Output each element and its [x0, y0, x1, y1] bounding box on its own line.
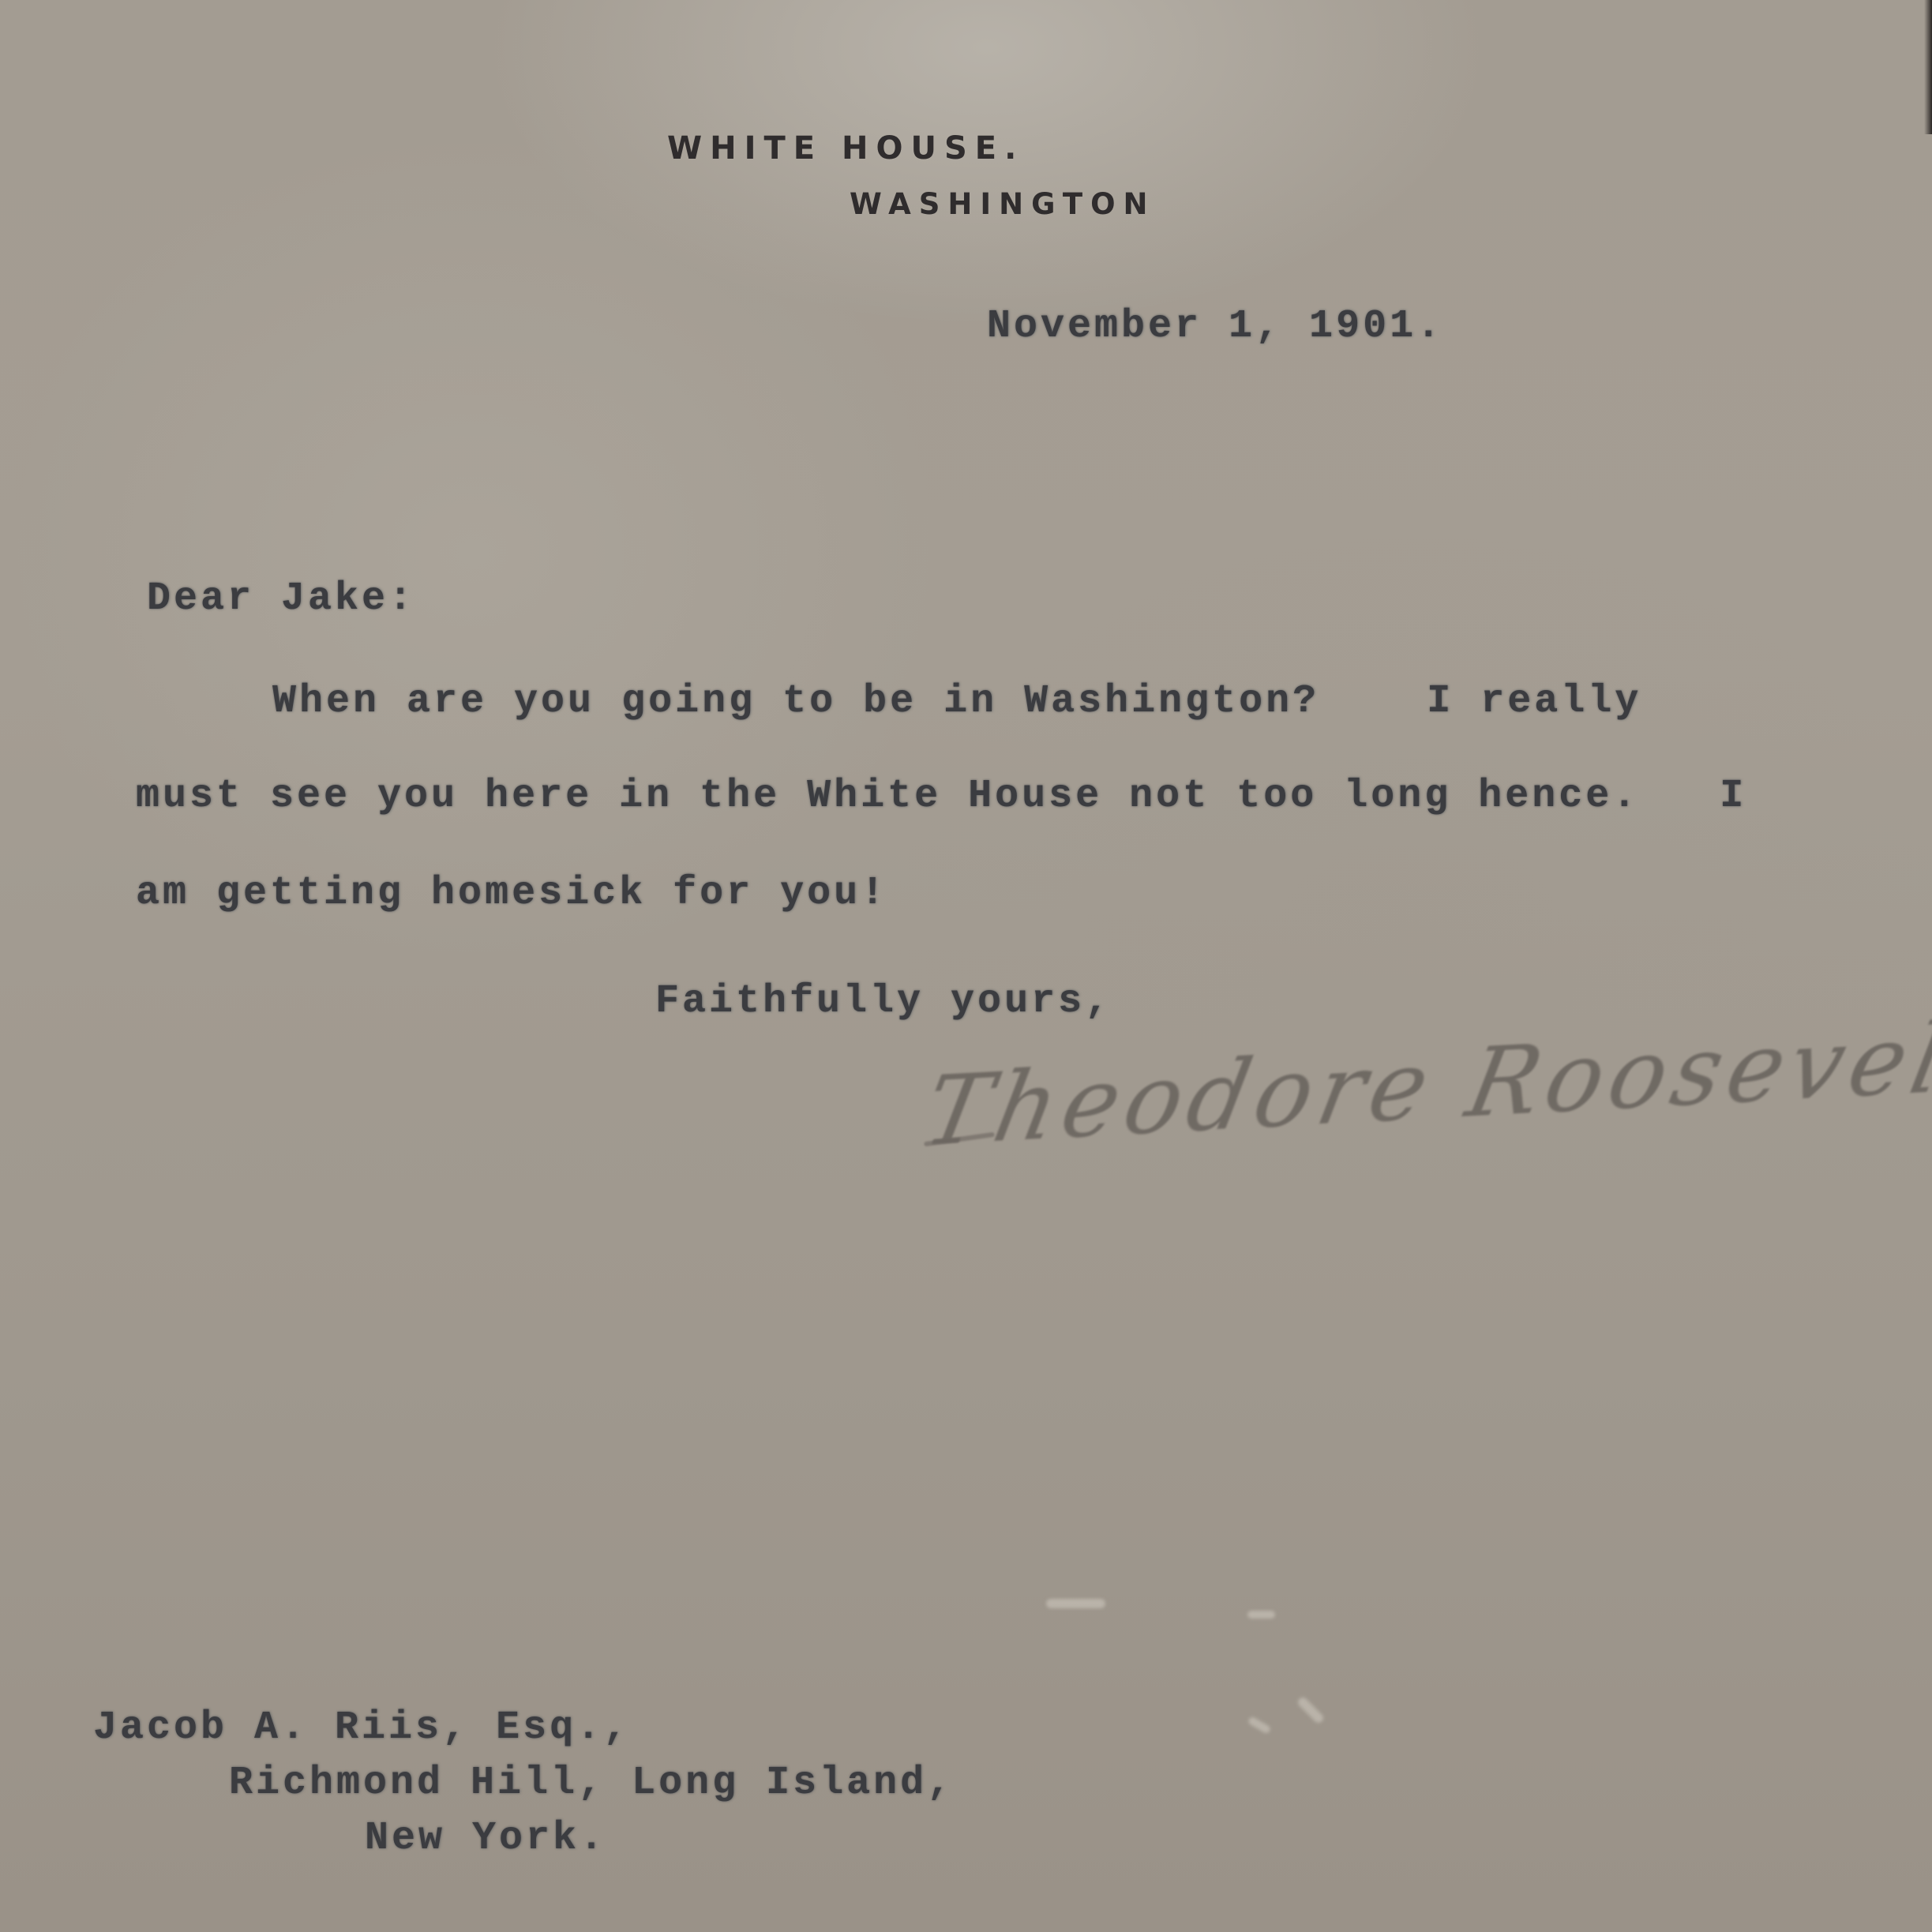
letter-paper [0, 0, 1932, 1932]
letterhead-title: WHITE HOUSE. [667, 130, 1024, 167]
letterhead-location: WASHINGTON [850, 187, 1156, 221]
paper-scratch [1247, 1611, 1275, 1619]
body-line: am getting homesick for you! [136, 871, 887, 916]
body-line: must see you here in the White House not… [136, 774, 1746, 819]
paper-scratch [1046, 1599, 1105, 1608]
recipient-address-line: Richmond Hill, Long Island, [229, 1761, 954, 1806]
frame-edge [1924, 0, 1932, 134]
letter-date: November 1, 1901. [987, 304, 1443, 349]
salutation: Dear Jake: [147, 576, 415, 621]
body-line: When are you going to be in Washington? … [272, 679, 1641, 724]
recipient-name: Jacob A. Riis, Esq., [93, 1705, 630, 1750]
closing: Faithfully yours, [655, 979, 1112, 1024]
recipient-address-line: New York. [365, 1816, 606, 1861]
